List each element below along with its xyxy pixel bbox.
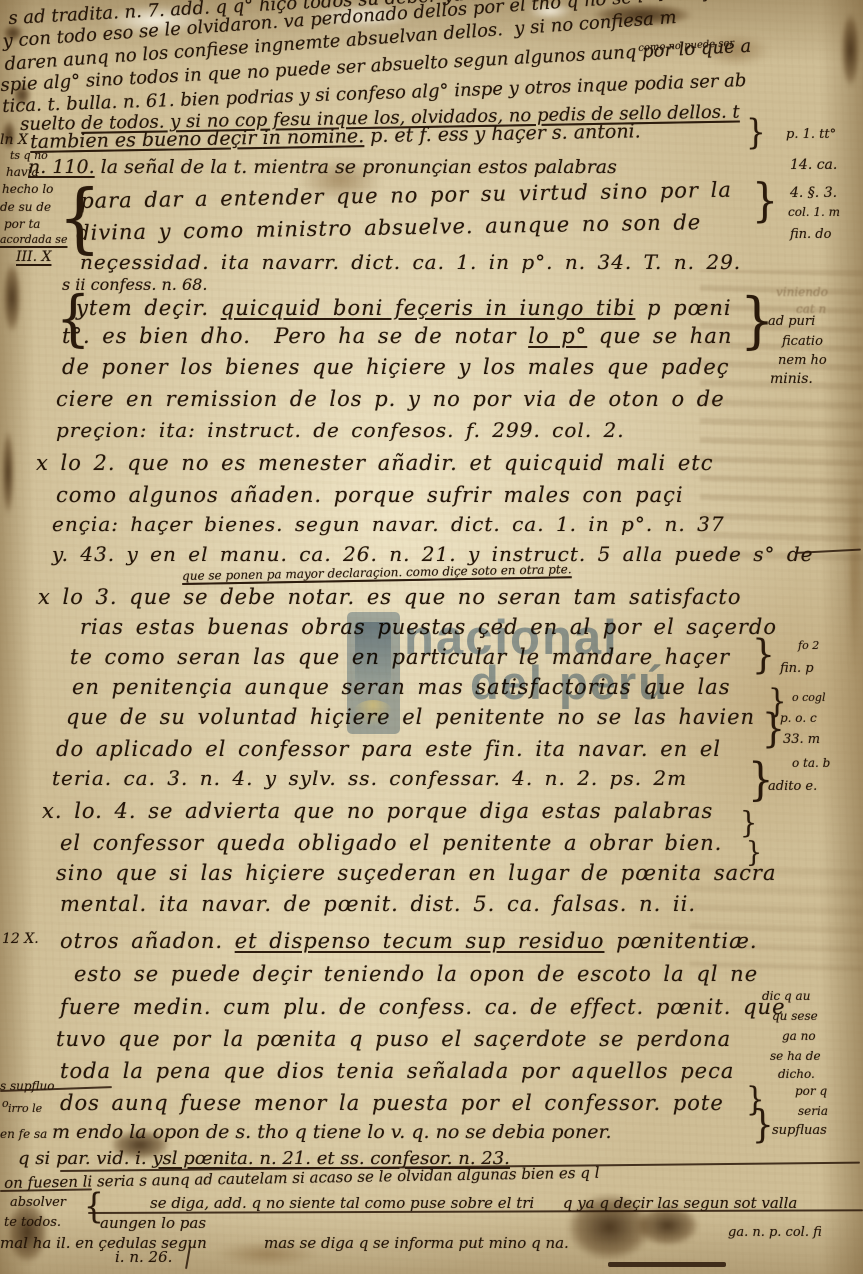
margin-note: viniendo — [776, 286, 828, 299]
margin-note: ga no — [782, 1030, 816, 1043]
margin-note: havia — [6, 166, 39, 179]
manuscript-line: n. 110. la señal de la t. mientra se pro… — [28, 158, 617, 178]
brace-mark: } — [740, 810, 757, 837]
manuscript-line: el confessor queda obligado el penitente… — [60, 832, 722, 854]
margin-note: absolver — [10, 1196, 66, 1210]
margin-note: de su de — [0, 201, 51, 214]
margin-note: 12 X. — [2, 932, 39, 947]
margin-note: fin. p — [780, 662, 814, 676]
manuscript-line: divina y como ministro absuelve. aunque … — [76, 211, 701, 244]
brace-mark: } — [762, 712, 785, 748]
manuscript-line: i. n. 26. — [115, 1250, 172, 1266]
manuscript-line: rias estas buenas obras puestas çed en a… — [80, 616, 777, 638]
manuscript-line: preçion: ita: instruct. de confesos. f. … — [56, 420, 625, 441]
brace-mark: } — [746, 840, 762, 865]
manuscript-line: otros añadon. et dispenso tecum sup resi… — [60, 930, 758, 952]
margin-note: o cogl — [792, 692, 825, 704]
stain — [846, 420, 863, 720]
margin-note: ad puri — [768, 315, 815, 329]
manuscript-line: do aplicado el confessor para este fin. … — [56, 738, 721, 760]
manuscript-line: esto se puede deçir teniendo la opon de … — [74, 963, 758, 985]
margin-note: adito e. — [768, 780, 817, 794]
brace-mark: } — [752, 638, 775, 674]
margin-note: 14. ca. — [790, 158, 837, 173]
manuscript-line: en penitençia aunque seran mas satisfact… — [72, 676, 730, 698]
margin-note: irro le — [8, 1103, 42, 1115]
manuscript-line: ytem deçir. quicquid boni feçeris in iun… — [76, 297, 732, 319]
margin-note: supfluas — [772, 1124, 827, 1138]
manuscript-line: m endo la opon de s. tho q tiene lo v. q… — [52, 1123, 611, 1143]
ink-rule — [0, 1188, 92, 1192]
margin-note: minis. — [770, 372, 813, 387]
stain — [838, 0, 863, 100]
margin-note: ga. n. p. col. fi — [728, 1226, 822, 1240]
manuscript-line: neçessidad. ita navarr. dict. ca. 1. in … — [80, 252, 741, 273]
margin-note: seria — [798, 1105, 828, 1118]
brace-mark: } — [748, 760, 773, 800]
margin-note: qu sese — [772, 1010, 818, 1023]
manuscript-line: t°. es bien dho. Pero ha se de notar lo … — [62, 325, 732, 347]
margin-note: ts q no — [10, 150, 48, 162]
margin-note: en fe sa — [0, 1128, 47, 1141]
manuscript-line: ciere en remission de los p. y no por vi… — [56, 388, 725, 410]
margin-note: te todos. — [4, 1216, 61, 1230]
manuscript-line: que se ponen pa mayor declaraçion. como … — [182, 563, 572, 582]
brace-mark: } — [752, 1108, 774, 1142]
manuscript-line: te como seran las que en particular le m… — [70, 646, 730, 668]
manuscript-line: ençia: haçer bienes. segun navar. dict. … — [52, 514, 725, 535]
manuscript-line: como algunos añaden. porque sufrir males… — [56, 484, 684, 506]
manuscript-line: que de su voluntad hiçiere el penitente … — [66, 706, 755, 728]
margin-note: dicho. — [778, 1068, 815, 1081]
margin-note: o ta. b — [792, 757, 830, 770]
margin-note: por q — [795, 1085, 827, 1098]
manuscript-page: s ad tradita. n. 7. add. q q° hiço todos… — [0, 0, 863, 1274]
margin-note: III. X — [16, 250, 51, 265]
margin-note: ln X — [0, 133, 28, 148]
manuscript-line: x lo 2. que no es menester añadir. et qu… — [36, 452, 713, 474]
manuscript-line: fuere medin. cum plu. de confess. ca. de… — [60, 996, 786, 1018]
manuscript-line: tuvo que por la pœnita q puso el saçerdo… — [56, 1028, 731, 1050]
manuscript-line: x lo 3. que se debe notar. es que no ser… — [38, 586, 742, 608]
brace-mark: } — [740, 294, 774, 348]
margin-note: col. 1. m — [788, 206, 840, 219]
manuscript-line: teria. ca. 3. n. 4. y sylv. ss. confessa… — [52, 768, 687, 789]
brace-mark: } — [752, 180, 778, 221]
margin-note: 4. §. 3. — [790, 186, 837, 201]
margin-note: por ta — [4, 218, 40, 231]
manuscript-line: para dar a entender que no por su virtud… — [80, 179, 732, 212]
brace-mark: { — [84, 1192, 104, 1223]
manuscript-line: aungen lo pas — [100, 1216, 206, 1232]
margin-note: se ha de — [770, 1050, 821, 1063]
manuscript-line: y. 43. y en el manu. ca. 26. n. 21. y in… — [52, 544, 813, 565]
margin-note: fo 2 — [798, 640, 819, 652]
stain — [0, 415, 16, 530]
manuscript-line: x. lo. 4. se advierta que no porque diga… — [42, 800, 713, 822]
margin-note: nem ho — [778, 354, 827, 368]
ink-rule — [608, 1262, 726, 1267]
margin-note: fin. do — [790, 228, 831, 242]
margin-note: p. 1. tt° — [786, 128, 836, 142]
manuscript-line: mal ha il. en çedulas segun mas se diga … — [0, 1236, 569, 1252]
manuscript-line: dos aunq fuese menor la puesta por el co… — [60, 1092, 724, 1114]
margin-note: ficatio — [782, 335, 823, 349]
margin-note: 33. m — [783, 733, 820, 747]
manuscript-line: toda la pena que dios tenia señalada por… — [60, 1060, 734, 1082]
brace-mark: { — [58, 184, 101, 253]
manuscript-line: mental. ita navar. de pœnit. dist. 5. ca… — [60, 893, 696, 915]
margin-note: dic q au — [762, 990, 810, 1003]
manuscript-line: sino que si las hiçiere suçederan en lug… — [56, 862, 776, 884]
brace-mark: } — [746, 118, 766, 149]
brace-mark: { — [56, 292, 90, 346]
margin-note: hecho lo — [2, 183, 53, 196]
manuscript-line: de poner los bienes que hiçiere y los ma… — [62, 356, 730, 378]
